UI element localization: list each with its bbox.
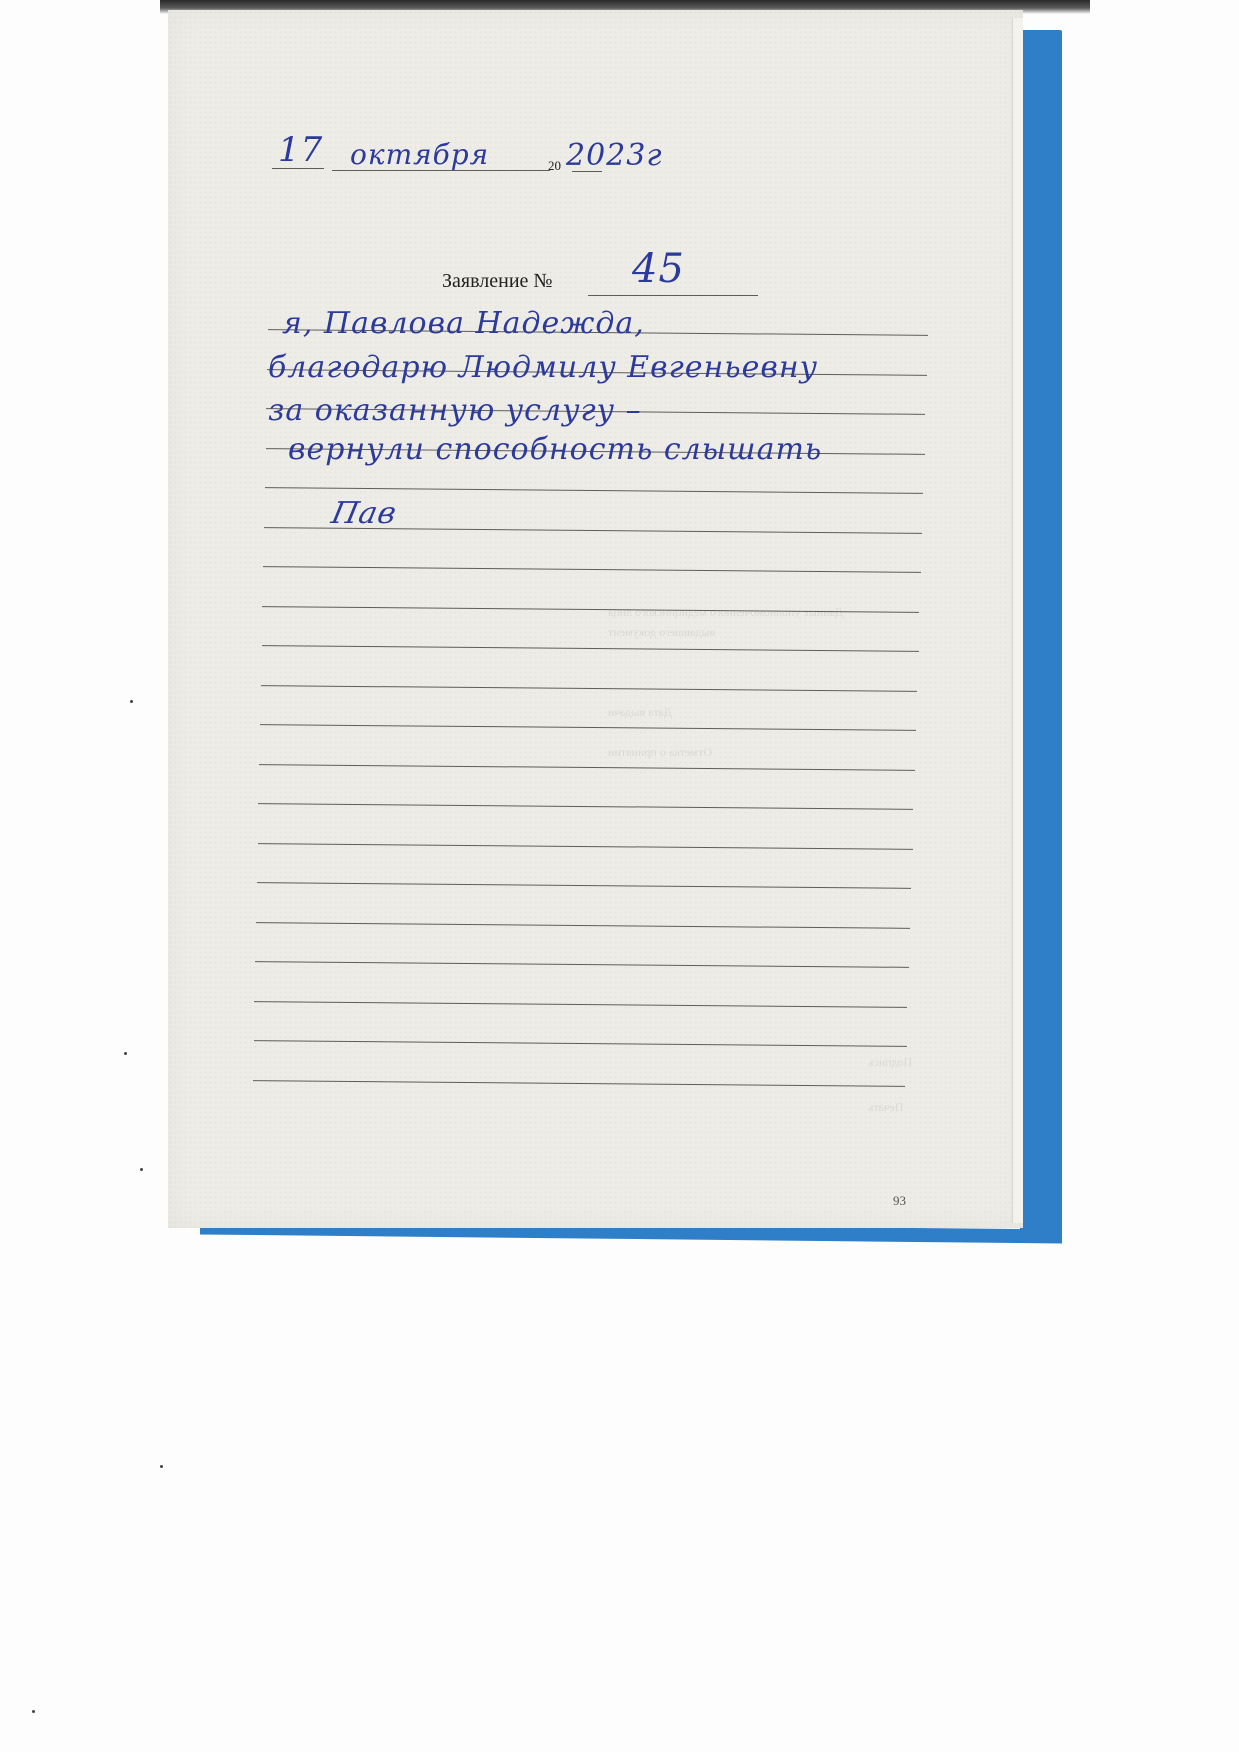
date-day: 17 bbox=[278, 130, 323, 170]
body-line-1: я, Павлова Надежда, bbox=[282, 306, 645, 341]
body-line-3: за оказанную услугу – bbox=[268, 393, 642, 428]
bleed-through-text: Печать bbox=[868, 1100, 903, 1115]
date-month: октября bbox=[350, 138, 489, 171]
scan-speck bbox=[124, 1052, 127, 1055]
date-year-prefix: 20 bbox=[548, 158, 561, 174]
scan-speck bbox=[130, 700, 133, 703]
bleed-through-text: Подпись bbox=[868, 1055, 912, 1070]
page-edge bbox=[1012, 18, 1023, 1223]
scan-speck bbox=[160, 1465, 163, 1468]
signature: Пав bbox=[328, 496, 400, 531]
body-line-2: благодарю Людмилу Евгеньевну bbox=[268, 350, 818, 385]
date-year: 2023г bbox=[566, 138, 663, 173]
application-number: 45 bbox=[632, 246, 685, 292]
notebook-cover bbox=[1020, 30, 1062, 1238]
body-line-4: вернули способность слышать bbox=[288, 432, 822, 467]
bleed-through-text: Отметка о принятии bbox=[608, 745, 712, 760]
scan-speck bbox=[32, 1710, 35, 1713]
bleed-through-text: выдавшего документ bbox=[608, 625, 715, 640]
scan-speck bbox=[140, 1168, 143, 1171]
bleed-through-text: Данные уполномоченного медицинского лица bbox=[608, 605, 843, 620]
page-number: 93 bbox=[893, 1193, 906, 1209]
application-number-rule bbox=[588, 295, 758, 296]
bleed-through-text: Дата выдачи bbox=[608, 705, 672, 720]
application-heading: Заявление № bbox=[442, 270, 553, 293]
